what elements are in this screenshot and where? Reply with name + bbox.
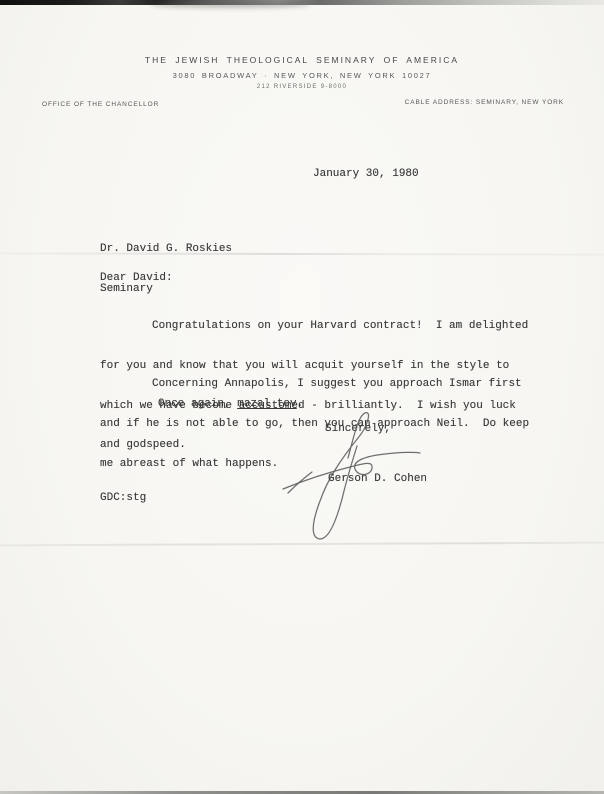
body-line: Concerning Annapolis, I suggest you appr… [100,378,529,391]
scanned-letter-page: THE JEWISH THEOLOGICAL SEMINARY OF AMERI… [0,0,604,794]
letterhead-address: 3080 BROADWAY · NEW YORK, NEW YORK 10027 [0,71,604,80]
scan-artifact-smudge [150,2,310,8]
fold-crease-bottom [0,542,604,547]
recipient-name: Dr. David G. Roskies [100,243,232,256]
letterhead-cable-address: CABLE ADDRESS: SEMINARY, NEW YORK [405,99,564,106]
letterhead-organization: THE JEWISH THEOLOGICAL SEMINARY OF AMERI… [0,55,604,65]
body-line: Congratulations on your Harvard contract… [100,320,528,333]
closing-prefix: Once again, [158,398,237,410]
fold-crease-top [0,252,604,255]
typist-reference: GDC:stg [100,492,146,505]
date-line: January 30, 1980 [313,168,419,181]
signer-name: Gerson D. Cohen [328,473,427,486]
letterhead-phone: 212 RIVERSIDE 9-8000 [0,84,604,90]
salutation: Dear David: [100,272,173,285]
letterhead-office-of-chancellor: OFFICE OF THE CHANCELLOR [42,101,159,108]
